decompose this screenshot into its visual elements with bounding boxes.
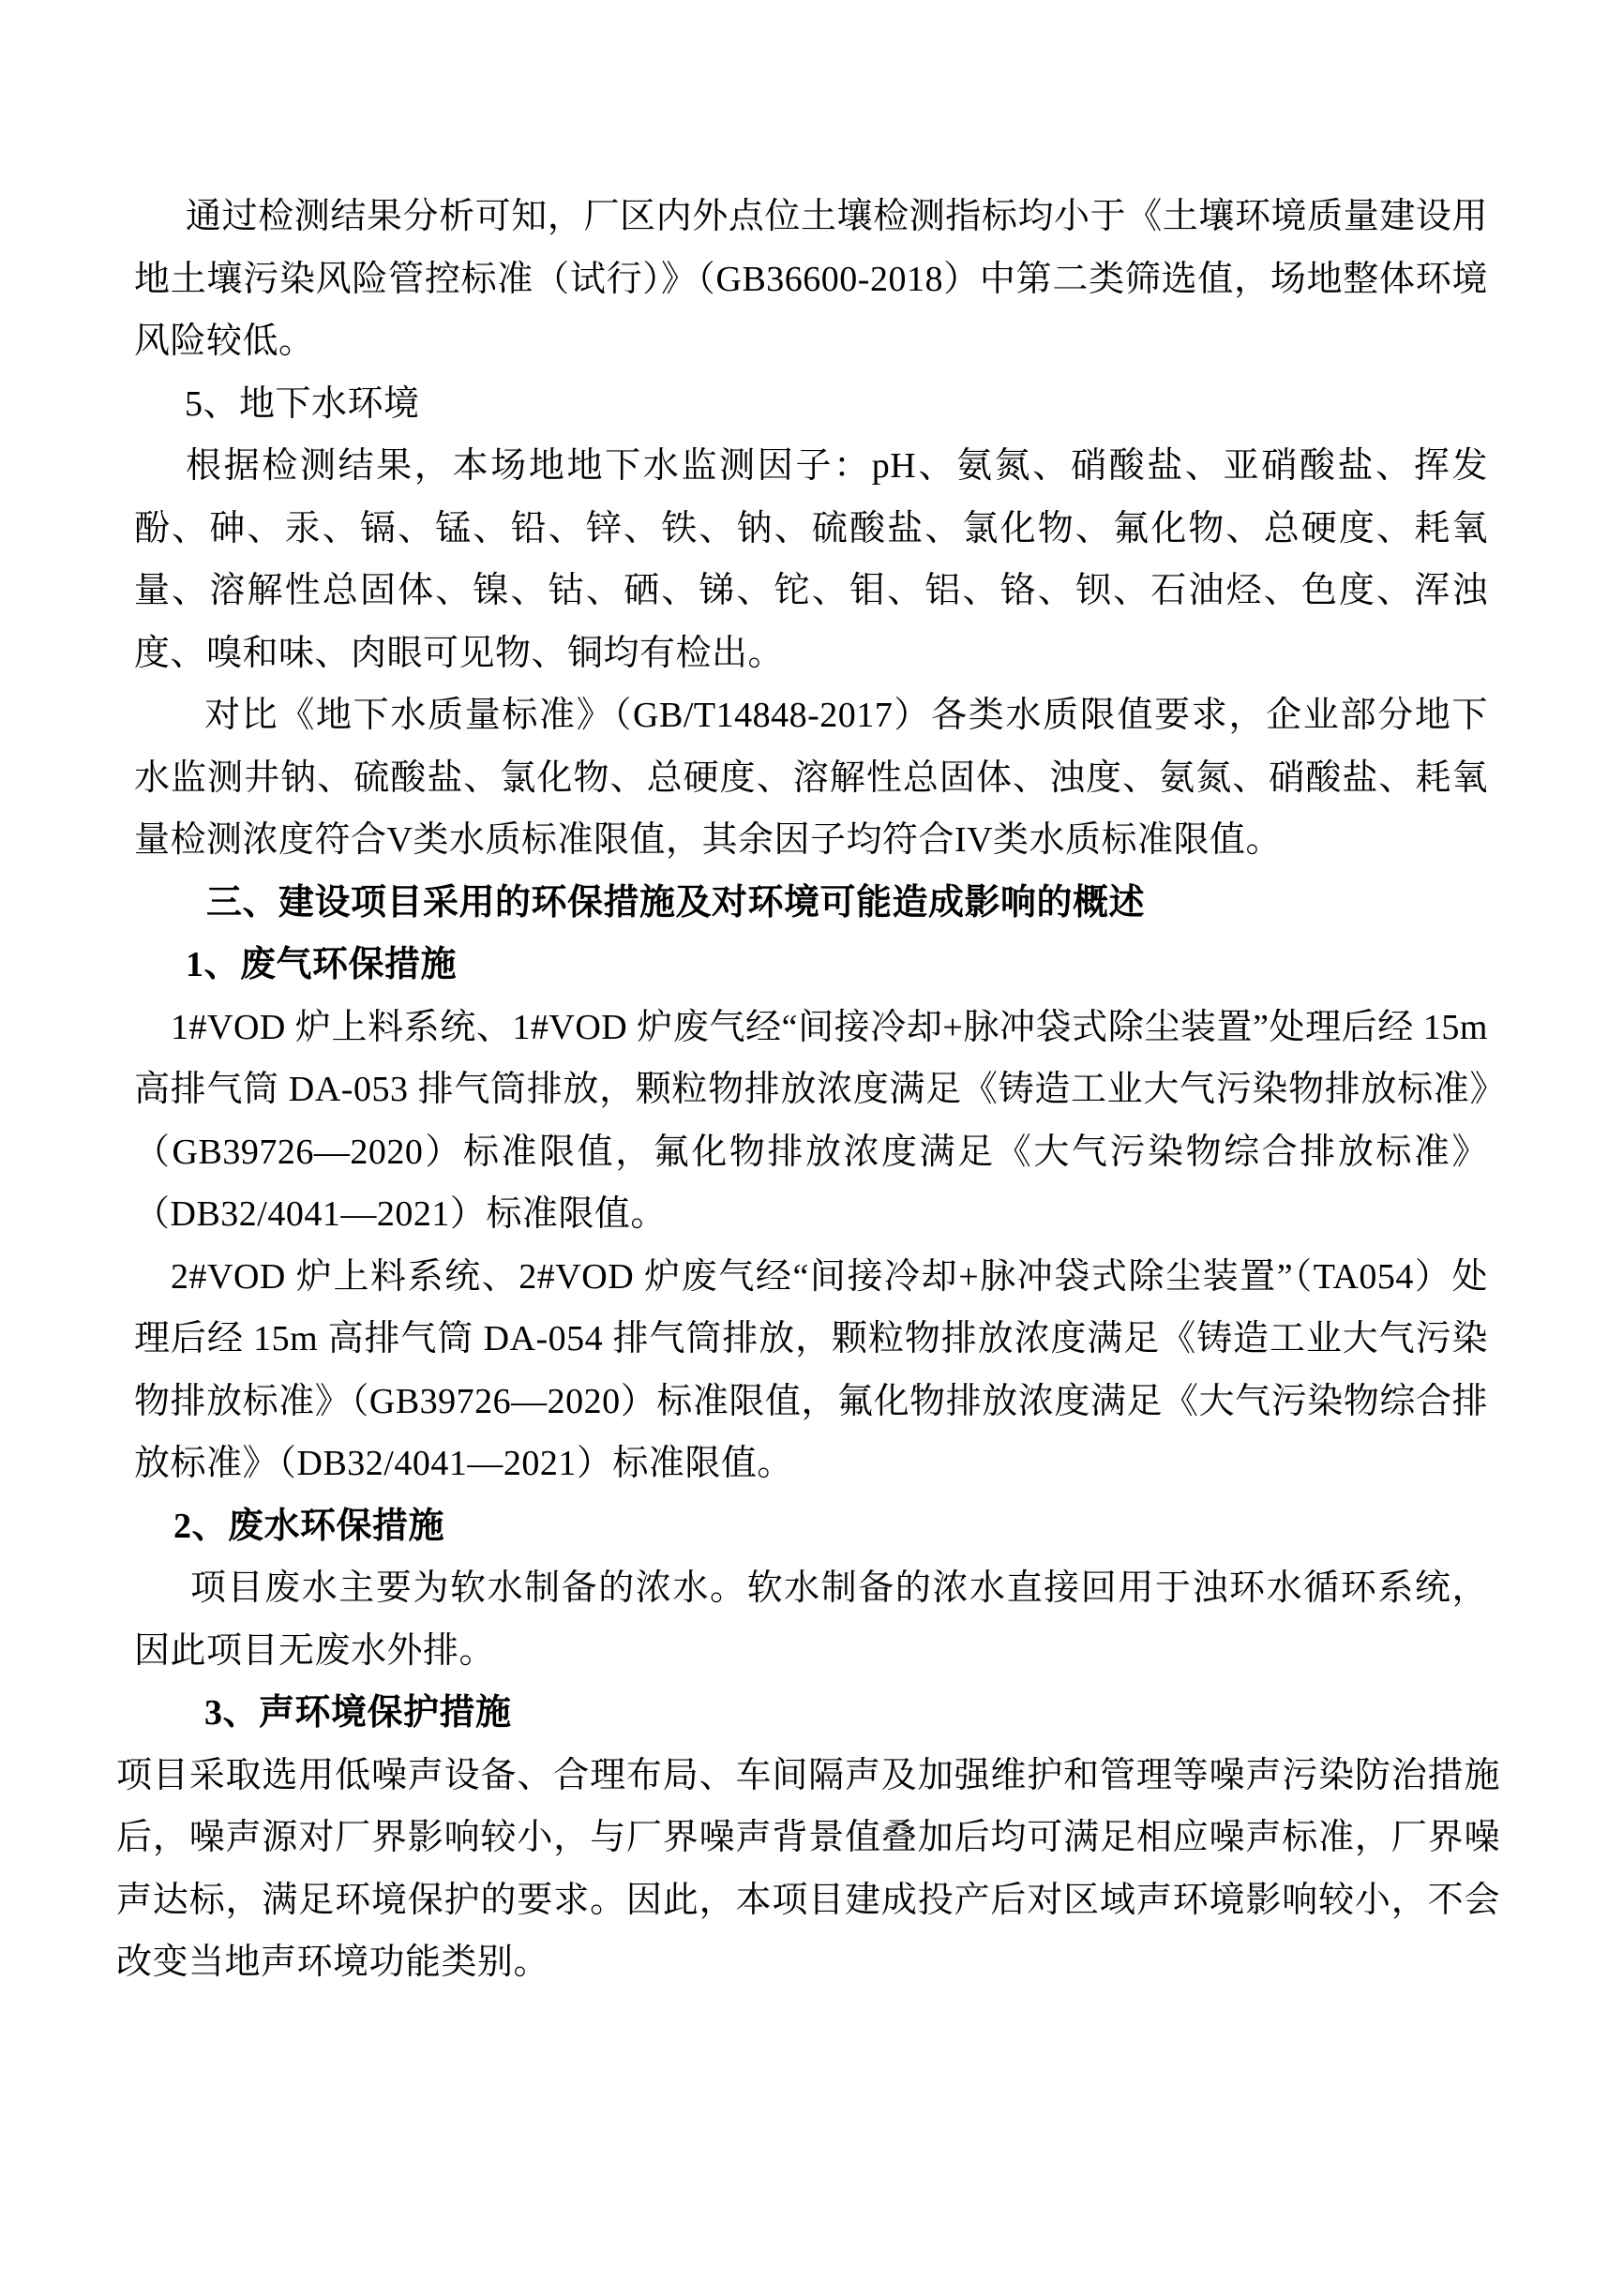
paragraph-groundwater-factors: 根据检测结果，本场地地下水监测因子：pH、氨氮、硝酸盐、亚硝酸盐、挥发酚、砷、汞…	[134, 435, 1488, 684]
paragraph-waste-water: 项目废水主要为软水制备的浓水。软水制备的浓水直接回用于浊环水循环系统，因此项目无…	[134, 1557, 1488, 1682]
document-page: 通过检测结果分析可知，厂区内外点位土壤检测指标均小于《土壤环境质量建设用地土壤污…	[0, 0, 1623, 2296]
heading-waste-gas-measures: 1、废气环保措施	[134, 934, 1488, 997]
paragraph-soil-conclusion: 通过检测结果分析可知，厂区内外点位土壤检测指标均小于《土壤环境质量建设用地土壤污…	[134, 186, 1488, 373]
paragraph-groundwater-comparison: 对比《地下水质量标准》（GB/T14848-2017）各类水质限值要求，企业部分…	[134, 684, 1488, 872]
heading-section-three: 三、建设项目采用的环保措施及对环境可能造成影响的概述	[134, 872, 1488, 935]
document-text-block: 通过检测结果分析可知，厂区内外点位土壤检测指标均小于《土壤环境质量建设用地土壤污…	[134, 186, 1488, 1994]
paragraph-noise-protection: 项目采取选用低噪声设备、合理布局、车间隔声及加强维护和管理等噪声污染防治措施后，…	[116, 1745, 1500, 1994]
heading-noise-protection-measures: 3、声环境保护措施	[134, 1682, 1488, 1745]
heading-groundwater-environment: 5、地下水环境	[134, 373, 1488, 436]
paragraph-vod2-waste-gas: 2#VOD 炉上料系统、2#VOD 炉废气经“间接冷却+脉冲袋式除尘装置”（TA…	[134, 1246, 1488, 1495]
heading-waste-water-measures: 2、废水环保措施	[134, 1495, 1488, 1558]
paragraph-vod1-waste-gas: 1#VOD 炉上料系统、1#VOD 炉废气经“间接冷却+脉冲袋式除尘装置”处理后…	[134, 997, 1488, 1246]
